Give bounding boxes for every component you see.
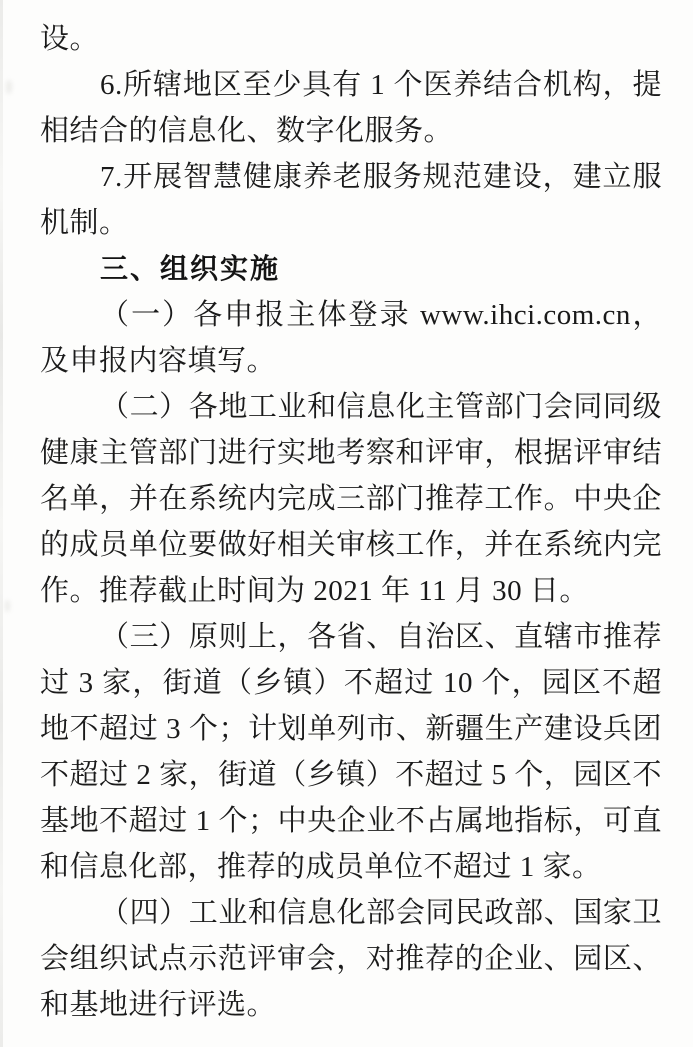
text-line: 相结合的信息化、数字化服务。	[40, 108, 662, 154]
section-heading: 三、组织实施	[40, 246, 662, 292]
text-line: 健康主管部门进行实地考察和评审，根据评审结果确定推荐	[40, 430, 662, 476]
text-line: 及申报内容填写。	[40, 338, 662, 384]
document-text-block: 设。6.所辖地区至少具有 1 个医养结合机构，提供医养康养相结合的信息化、数字化…	[40, 16, 662, 1028]
scan-edge-artifact	[0, 0, 3, 1047]
text-line: 6.所辖地区至少具有 1 个医养结合机构，提供医养康养	[40, 62, 662, 108]
text-line: （四）工业和信息化部会同民政部、国家卫生健康委员	[40, 890, 662, 936]
text-line: 作。推荐截止时间为 2021 年 11 月 30 日。	[40, 568, 662, 614]
text-line: 名单，并在系统内完成三部门推荐工作。中央企业对于推荐	[40, 476, 662, 522]
text-line: 基地不超过 1 个；中央企业不占属地指标，可直接报送工业	[40, 798, 662, 844]
text-line: 会组织试点示范评审会，对推荐的企业、园区、街道（乡镇）	[40, 936, 662, 982]
scan-smudge-artifact	[6, 80, 12, 94]
text-line: 的成员单位要做好相关审核工作，并在系统内完成推荐工	[40, 522, 662, 568]
scan-smudge-artifact	[5, 600, 10, 612]
document-page: 设。6.所辖地区至少具有 1 个医养结合机构，提供医养康养相结合的信息化、数字化…	[0, 0, 693, 1047]
text-line: （一）各申报主体登录 www.ihci.com.cn，进行线上注册	[40, 292, 662, 338]
text-line: （三）原则上，各省、自治区、直辖市推荐的企业不超	[40, 614, 662, 660]
text-line: 机制。	[40, 200, 662, 246]
text-line: 过 3 家，街道（乡镇）不超过 10 个，园区不超过 3 个，基	[40, 660, 662, 706]
text-line: （二）各地工业和信息化主管部门会同同级民政、卫生	[40, 384, 662, 430]
text-line: 和基地进行评选。	[40, 982, 662, 1028]
text-line: 和信息化部，推荐的成员单位不超过 1 家。	[40, 844, 662, 890]
text-line: 设。	[40, 16, 662, 62]
text-line: 7.开展智慧健康养老服务规范建设，建立服务质量评价	[40, 154, 662, 200]
text-line: 地不超过 3 个；计划单列市、新疆生产建设兵团推荐的企业	[40, 706, 662, 752]
text-line: 不超过 2 家，街道（乡镇）不超过 5 个，园区不超过 1 个，	[40, 752, 662, 798]
